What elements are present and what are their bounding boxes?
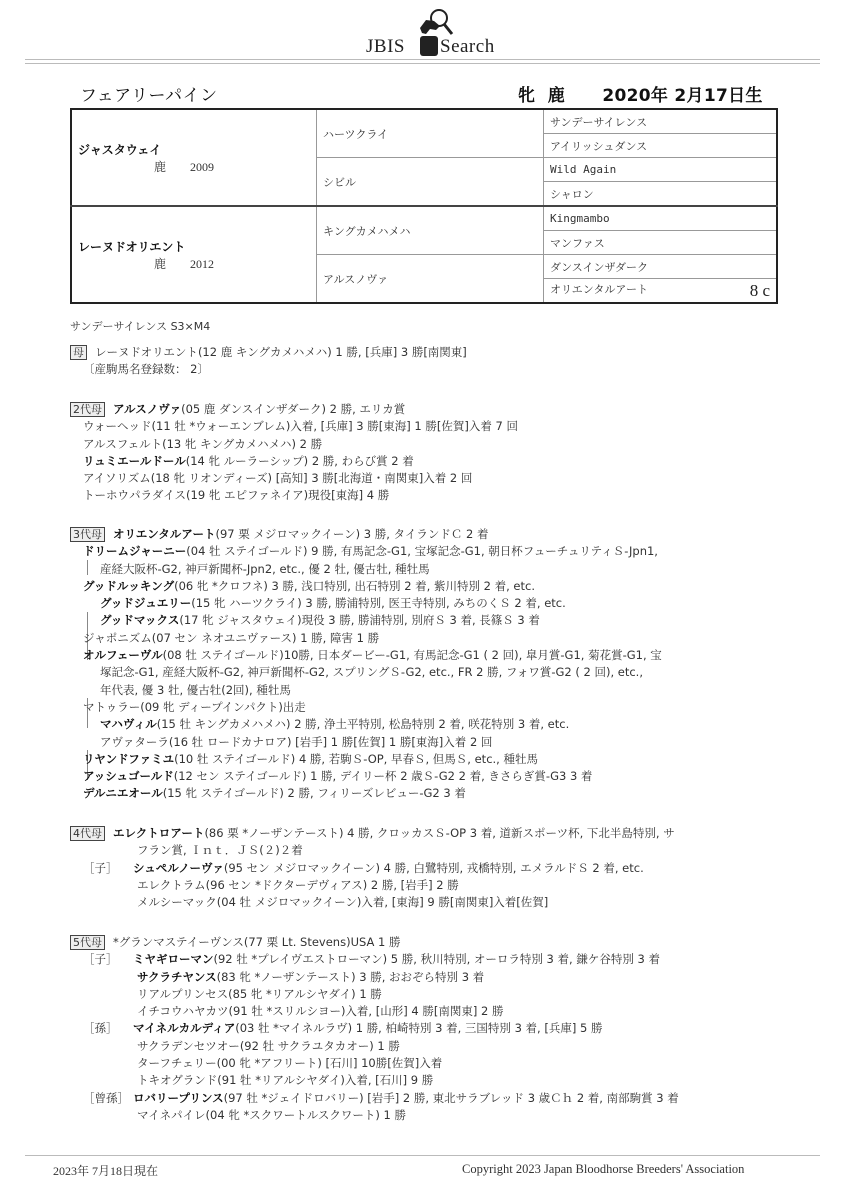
pedigree-sire-sire[interactable]: ハーツクライ xyxy=(317,109,544,158)
list-item: サクラデンセツオー(92 牡 サクラユタカオー) 1 勝 xyxy=(70,1038,679,1055)
family-number: 8 c xyxy=(750,281,770,301)
dam-name[interactable]: レーヌドオリエント xyxy=(95,345,198,359)
list-item-cont: フラン賞, Ｉｎｔ．ＪＳ(２)２着 xyxy=(70,842,675,859)
label-child: ［子］ xyxy=(70,860,133,877)
list-item: デルニエオール(15 牝 ステイゴールド) 2 勝, フィリーズレビュー-G2 … xyxy=(70,785,662,802)
tag-fourth-dam: 4代母 xyxy=(70,826,105,841)
list-item: リアルプリンセス(85 牝 *リアルシヤダイ) 1 勝 xyxy=(70,986,679,1003)
list-item: ジャポニズム(07 セン ネオユニヴァース) 1 勝, 障害 1 勝 xyxy=(70,630,662,647)
second-dam-name[interactable]: アルスノヴァ xyxy=(113,402,181,416)
pedigree-table: ジャスタウェイ 鹿2009 ハーツクライ サンデーサイレンス アイリッシュダンス… xyxy=(70,108,778,304)
list-item-cont: 産経大阪杯-G2, 神戸新聞杯-Jpn2, etc., 優 2 牡, 優古牡, … xyxy=(70,561,662,578)
fourth-dam-section: 4代母エレクトロアート(86 栗 *ノーザンテースト) 4 勝, クロッカスＳ-… xyxy=(70,825,675,911)
list-item: アイソリズム(18 牝 リオンディーズ) [高知] 3 勝[北海道・南関東]入着… xyxy=(70,470,518,487)
fifth-dam-name[interactable]: *グランマステイーヴンス xyxy=(113,935,244,949)
pedigree-dam-sire[interactable]: キングカメハメハ xyxy=(317,206,544,255)
list-item: イチコウハヤカツ(91 牡 *スリルシヨー)入着, [山形] 4 勝[南関東] … xyxy=(70,1003,679,1020)
list-item: サクラチヤンス(83 牝 *ノーザンテースト) 3 勝, おおぞら特別 3 着 xyxy=(70,969,679,986)
third-dam-name[interactable]: オリエンタルアート xyxy=(113,527,215,541)
as-of-date: 2023年 7月18日現在 xyxy=(53,1162,158,1179)
logo-text-search: Search xyxy=(440,36,495,58)
list-item: アッシュゴールド(12 セン ステイゴールド) 1 勝, デイリー杯 2 歳Ｓ-… xyxy=(70,768,662,785)
pedigree-ddd[interactable]: オリエンタルアート8 c xyxy=(544,279,778,304)
list-item: グッドジュエリー(15 牝 ハーツクライ) 3 勝, 勝浦特別, 医王寺特別, … xyxy=(70,595,662,612)
list-item-cont: 年代表, 優 3 牡, 優古牡(2回), 種牡馬 xyxy=(70,682,662,699)
list-item: マハヴィル(15 牡 キングカメハメハ) 2 勝, 浄土平特別, 松島特別 2 … xyxy=(70,716,662,733)
pedigree-sire-dam[interactable]: シビル xyxy=(317,158,544,207)
pedigree-sire[interactable]: ジャスタウェイ 鹿2009 xyxy=(71,109,317,206)
list-item: マイネパイレ(04 牝 *スクワートルスクワート) 1 勝 xyxy=(70,1107,679,1124)
pedigree-ssd[interactable]: アイリッシュダンス xyxy=(544,134,778,158)
list-item-cont: 塚記念-G1, 産経大阪杯-G2, 神戸新聞杯-G2, スプリングＳ-G2, e… xyxy=(70,664,662,681)
tag-second-dam: 2代母 xyxy=(70,402,105,417)
label-greatgrandchild: ［曾孫］ xyxy=(70,1090,133,1107)
list-item: ウォーヘッド(11 牡 *ウォーエンブレム)入着, [兵庫] 3 勝[東海] 1… xyxy=(70,418,518,435)
jbis-search-logo[interactable]: JBIS Search xyxy=(352,8,502,58)
dam-offspring-count: 〔産駒馬名登録数： 2〕 xyxy=(70,361,467,378)
list-item: オルフェーヴル(08 牡 ステイゴールド)10勝, 日本ダービー-G1, 有馬記… xyxy=(70,647,662,664)
fifth-dam-section: 5代母*グランマステイーヴンス(77 栗 Lt. Stevens)USA 1 勝… xyxy=(70,934,679,1124)
list-item: アヴァターラ(16 牡 ロードカナロア) [岩手] 1 勝[佐賀] 1 勝[東海… xyxy=(70,734,662,751)
tag-fifth-dam: 5代母 xyxy=(70,935,105,950)
list-item: グッドルッキング(06 牝 *クロフネ) 3 勝, 浅口特別, 出石特別 2 着… xyxy=(70,578,662,595)
pedigree-sdd[interactable]: シャロン xyxy=(544,182,778,207)
header-divider xyxy=(25,59,820,64)
horse-info: 牝 鹿 2020年 2月17日生 xyxy=(518,81,763,106)
label-child: ［子］ xyxy=(70,951,133,968)
list-item: トキオグランド(91 牡 *リアルシヤダイ)入着, [石川] 9 勝 xyxy=(70,1072,679,1089)
list-item: エレクトラム(96 セン *ドクターデヴィアス) 2 勝, [岩手] 2 勝 xyxy=(70,877,675,894)
list-item: リュミエールドール(14 牝 ルーラーシップ) 2 勝, わらび賞 2 着 xyxy=(70,453,518,470)
pedigree-sds[interactable]: Wild Again xyxy=(544,158,778,182)
horse-color: 鹿 xyxy=(548,86,565,106)
horse-birthdate: 2020年 2月17日生 xyxy=(602,86,762,106)
copyright: Copyright 2023 Japan Bloodhorse Breeders… xyxy=(462,1162,744,1177)
logo-text-jbis: JBIS xyxy=(366,36,405,58)
pedigree-dam[interactable]: レーヌドオリエント 鹿2012 xyxy=(71,206,317,303)
tag-third-dam: 3代母 xyxy=(70,527,105,542)
dam-section: 母レーヌドオリエント(12 鹿 キングカメハメハ) 1 勝, [兵庫] 3 勝[… xyxy=(70,344,467,379)
list-item: グッドマックス(17 牝 ジャスタウェイ)現役 3 勝, 勝浦特別, 別府Ｓ 3… xyxy=(70,612,662,629)
list-item: メルシーマック(04 牡 メジロマックイーン)入着, [東海] 9 勝[南関東]… xyxy=(70,894,675,911)
list-item: アルスフェルト(13 牝 キングカメハメハ) 2 勝 xyxy=(70,436,518,453)
inbreeding-cross: サンデーサイレンス S3×M4 xyxy=(70,318,210,334)
pedigree-dsd[interactable]: マンファス xyxy=(544,231,778,255)
pedigree-dss[interactable]: Kingmambo xyxy=(544,206,778,231)
footer-divider xyxy=(25,1155,820,1156)
pedigree-dds[interactable]: ダンスインザダーク xyxy=(544,255,778,279)
pedigree-sss[interactable]: サンデーサイレンス xyxy=(544,109,778,134)
second-dam-section: 2代母アルスノヴァ(05 鹿 ダンスインザダーク) 2 勝, エリカ賞 ウォーヘ… xyxy=(70,401,518,505)
list-item: マトゥラー(09 牝 ディープインパクト)出走 xyxy=(70,699,662,716)
list-item: リヤンドファミユ(10 牡 ステイゴールド) 4 勝, 若駒Ｓ-OP, 早春Ｓ,… xyxy=(70,751,662,768)
third-dam-section: 3代母オリエンタルアート(97 栗 メジロマックイーン) 3 勝, タイランドＣ… xyxy=(70,526,662,803)
pedigree-dam-dam[interactable]: アルスノヴァ xyxy=(317,255,544,304)
horse-sex: 牝 xyxy=(518,86,535,106)
list-item: ターフチェリー(00 牝 *アフリート) [石川] 10勝[佐賀]入着 xyxy=(70,1055,679,1072)
label-grandchild: ［孫］ xyxy=(70,1020,133,1037)
horse-name: フェアリーパイン xyxy=(80,81,218,106)
tag-dam: 母 xyxy=(70,345,87,360)
list-item: ドリームジャーニー(04 牡 ステイゴールド) 9 勝, 有馬記念-G1, 宝塚… xyxy=(70,543,662,560)
list-item: トーホウパラダイス(19 牝 エピファネイア)現役[東海] 4 勝 xyxy=(70,487,518,504)
fourth-dam-name[interactable]: エレクトロアート xyxy=(113,826,204,840)
